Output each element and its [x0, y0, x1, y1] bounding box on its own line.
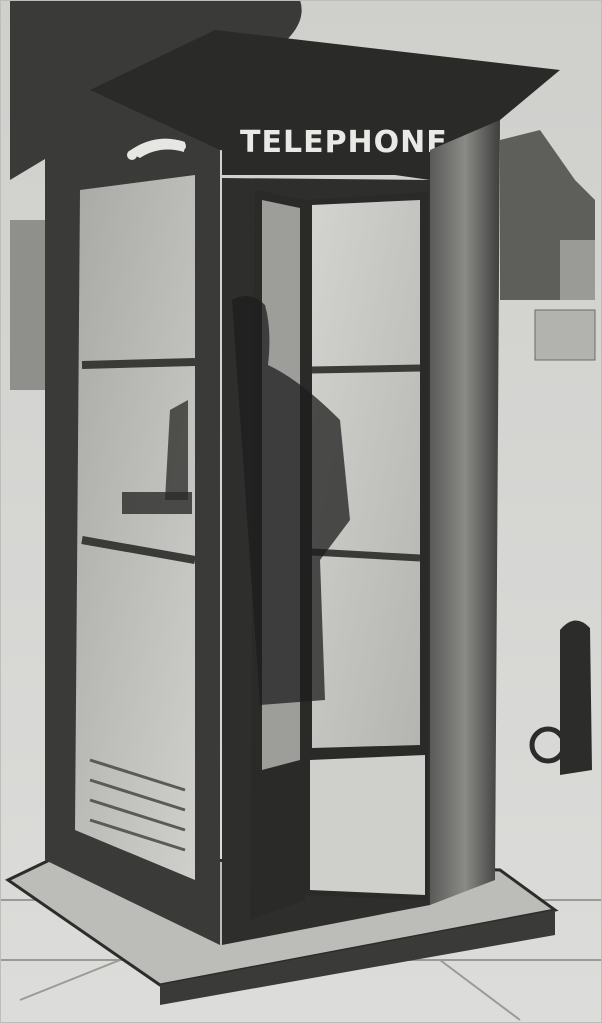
house-wall — [560, 240, 595, 300]
telephone-sign-text: TELEPHONE — [240, 125, 448, 160]
booth-right-panel — [430, 120, 500, 905]
door-lower-panel — [310, 755, 425, 895]
shelf — [122, 492, 192, 514]
street-building — [10, 220, 50, 390]
telephone-booth-illustration: TELEPHONE — [0, 0, 602, 1023]
fence — [535, 310, 595, 360]
illustration-canvas: TELEPHONE — [0, 0, 602, 1023]
